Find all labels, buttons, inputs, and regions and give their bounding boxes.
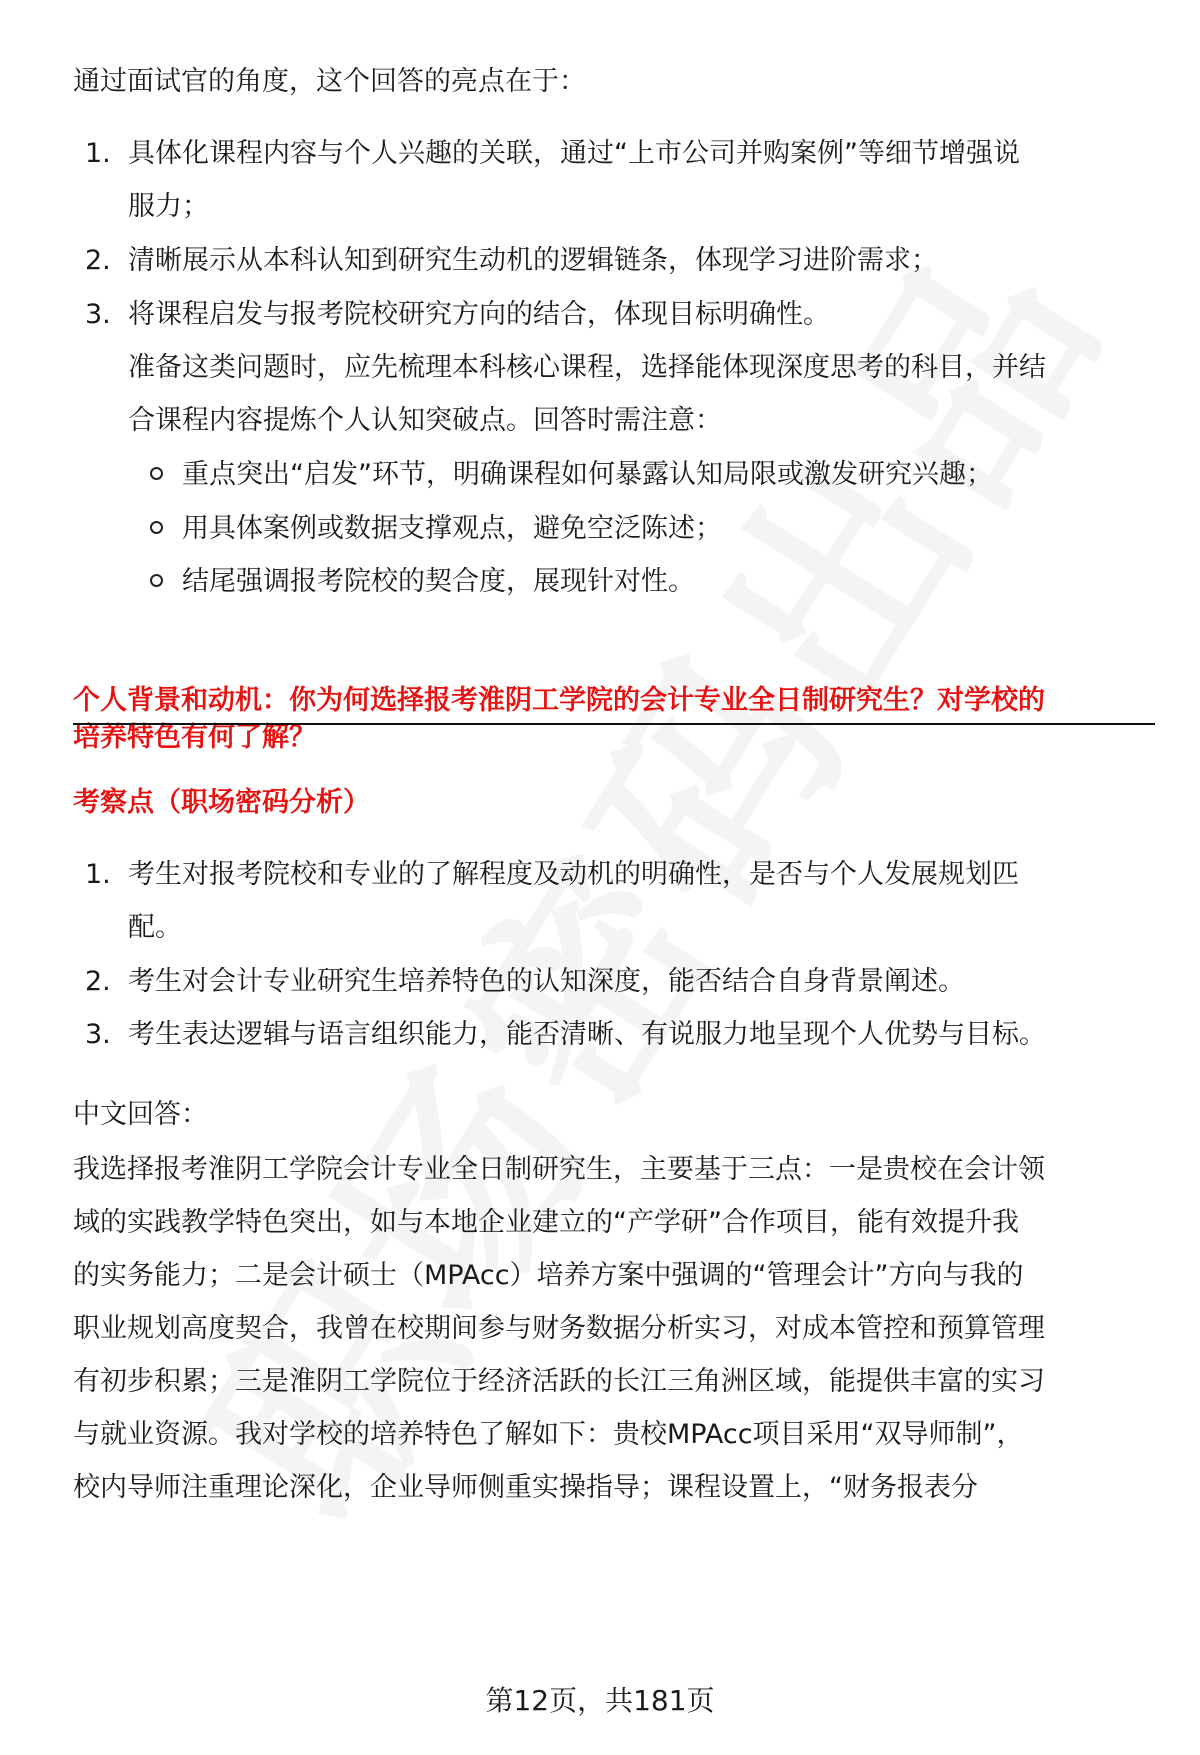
list-item-text: 考生对会计专业研究生培养特色的认知深度，能否结合自身背景阐述。 [128,964,965,1000]
list-item-text: 清晰展示从本科认知到研究生动机的逻辑链条，体现学习进阶需求； [128,243,938,279]
answer-line: 域的实践教学特色突出，如与本地企业建立的“产学研”合作项目，能有效提升我 [73,1205,1019,1241]
circle-bullet-icon [150,467,163,480]
answer-line: 的实务能力；二是会计硕士（MPAcc）培养方案中强调的“管理会计”方向与我的 [73,1258,1024,1294]
question-heading: 培养特色有何了解？ [73,720,316,756]
list-number: 3. [85,1017,111,1053]
answer-line: 有初步积累；三是淮阴工学院位于经济活跃的长江三角洲区域，能提供丰富的实习 [73,1364,1045,1400]
bullet-text: 重点突出“启发”环节，明确课程如何暴露认知局限或激发研究兴趣； [182,457,993,493]
section-divider [73,723,1155,725]
intro-text: 通过面试官的角度，这个回答的亮点在于： [73,64,586,100]
list-item-text: 考生对报考院校和专业的了解程度及动机的明确性，是否与个人发展规划匹 [128,857,1019,893]
circle-bullet-icon [150,521,163,534]
prep-text: 准备这类问题时，应先梳理本科核心课程，选择能体现深度思考的科目，并结 [128,350,1046,386]
document-page: 职场密码出品 通过面试官的角度，这个回答的亮点在于： 1. 具体化课程内容与个人… [0,0,1200,1755]
bullet-text: 用具体案例或数据支撑观点，避免空泛陈述； [182,511,722,547]
list-number: 2. [85,243,111,279]
list-number: 2. [85,964,111,1000]
list-number: 3. [85,297,111,333]
bullet-text: 结尾强调报考院校的契合度，展现针对性。 [182,564,695,600]
list-item-text: 服力； [128,189,209,225]
page-number: 第12页，共181页 [0,1683,1200,1719]
question-heading: 个人背景和动机：你为何选择报考淮阴工学院的会计专业全日制研究生？对学校的 [73,683,1045,719]
list-item-text: 配。 [128,910,182,946]
list-number: 1. [85,857,111,893]
answer-line: 与就业资源。我对学校的培养特色了解如下：贵校MPAcc项目采用“双导师制”， [73,1417,1024,1453]
list-number: 1. [85,136,111,172]
list-item-text: 将课程启发与报考院校研究方向的结合，体现目标明确性。 [128,297,830,333]
list-item-text: 考生表达逻辑与语言组织能力，能否清晰、有说服力地呈现个人优势与目标。 [128,1017,1046,1053]
prep-text: 合课程内容提炼个人认知突破点。回答时需注意： [128,403,722,439]
analysis-heading: 考察点（职场密码分析） [73,785,370,821]
answer-line: 校内导师注重理论深化，企业导师侧重实操指导；课程设置上，“财务报表分 [73,1470,978,1506]
circle-bullet-icon [150,574,163,587]
answer-label: 中文回答： [73,1097,208,1133]
list-item-text: 具体化课程内容与个人兴趣的关联，通过“上市公司并购案例”等细节增强说 [128,136,1020,172]
answer-line: 我选择报考淮阴工学院会计专业全日制研究生，主要基于三点：一是贵校在会计领 [73,1152,1045,1188]
answer-line: 职业规划高度契合，我曾在校期间参与财务数据分析实习，对成本管控和预算管理 [73,1311,1045,1347]
